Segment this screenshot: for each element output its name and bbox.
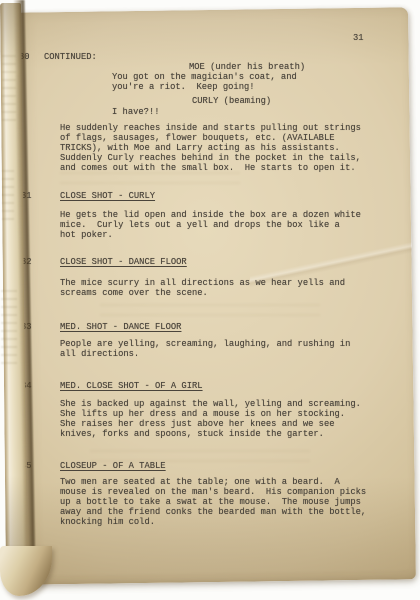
scene-heading: CLOSE SHOT - DANCE FLOOR — [60, 257, 187, 267]
dialogue-lines-curly: I have?!! — [112, 107, 160, 117]
photo-background: 31 30 CONTINUED: MOE (under his breath) … — [0, 0, 420, 600]
bleedthrough-smudge — [2, 55, 16, 125]
scene-body: The mice scurry in all directions as we … — [60, 278, 345, 298]
scene-body: She is backed up against the wall, yelli… — [60, 399, 361, 439]
scene-heading: CLOSEUP - OF A TABLE — [60, 461, 166, 471]
scene-heading: CLOSE SHOT - CURLY — [60, 191, 155, 201]
bleedthrough-smudge — [2, 170, 14, 220]
bleedthrough-smudge — [1, 290, 17, 370]
dialogue-cue-moe: MOE (under his breath) — [189, 62, 305, 72]
scene-heading: MED. CLOSE SHOT - OF A GIRL — [60, 381, 203, 391]
scene-body: He gets the lid open and inside the box … — [60, 210, 361, 240]
continued-label: CONTINUED: — [44, 52, 97, 62]
dialogue-lines-moe: You got on the magician's coat, and you'… — [112, 72, 297, 92]
script-content: 31 30 CONTINUED: MOE (under his breath) … — [0, 0, 420, 600]
page-number: 31 — [353, 33, 364, 43]
scene-body: Two men are seated at the table; one wit… — [60, 477, 366, 527]
action-paragraph: He suddenly reaches inside and starts pu… — [60, 123, 361, 173]
scene-heading: MED. SHOT - DANCE FLOOR — [60, 322, 181, 332]
scene-body: People are yelling, screaming, laughing,… — [60, 339, 350, 359]
dialogue-cue-curly: CURLY (beaming) — [192, 96, 271, 106]
